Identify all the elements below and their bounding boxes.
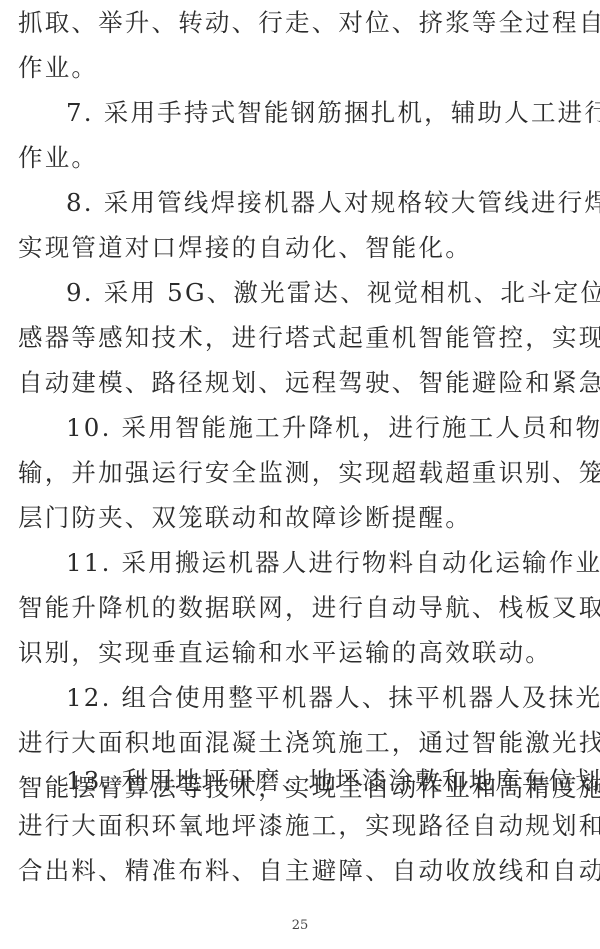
list-item-11-line: 智能升降机的数据联网，进行自动导航、栈板叉取、障碍物	[18, 585, 588, 630]
page-number: 25	[0, 916, 600, 936]
list-item-9-line: 自动建模、路径规划、远程驾驶、智能避险和紧急制动。	[18, 360, 588, 405]
list-item-10-line: 层门防夹、双笼联动和故障诊断提醒。	[18, 495, 588, 540]
list-item-7-line: 作业。	[18, 135, 588, 180]
list-item-10-line: 10. 采用智能施工升降机，进行施工人员和物料垂直运	[66, 405, 588, 450]
list-item-7-line: 7. 采用手持式智能钢筋捆扎机，辅助人工进行钢筋捆扎	[66, 90, 588, 135]
list-item-13-line: 合出料、精准布料、自主避障、自动收放线和自动吸尘。	[18, 848, 588, 893]
list-item-13-line: 进行大面积环氧地坪漆施工，实现路径自动规划和导航、混	[18, 803, 588, 848]
list-item-12-line: 12. 组合使用整平机器人、抹平机器人及抹光机器人，	[66, 675, 588, 720]
list-item-11-line: 11. 采用搬运机器人进行物料自动化运输作业，通过与	[66, 540, 588, 585]
paragraph-continuation-line: 作业。	[18, 45, 588, 90]
document-page: 抓取、举升、转动、行走、对位、挤浆等全过程自动化安装 作业。 7. 采用手持式智…	[0, 0, 600, 949]
list-item-8-line: 8. 采用管线焊接机器人对规格较大管线进行焊接施工，	[66, 180, 588, 225]
list-item-11-line: 识别，实现垂直运输和水平运输的高效联动。	[18, 630, 588, 675]
paragraph-continuation-line: 抓取、举升、转动、行走、对位、挤浆等全过程自动化安装	[18, 0, 588, 45]
list-item-9-line: 9. 采用 5G、激光雷达、视觉相机、北斗定位、接触式传	[66, 270, 588, 315]
list-item-9-line: 感器等感知技术，进行塔式起重机智能管控，实现场景感知、	[18, 315, 588, 360]
list-item-10-line: 输，并加强运行安全监测，实现超载超重识别、笼顶防撞、	[18, 450, 588, 495]
list-item-8-line: 实现管道对口焊接的自动化、智能化。	[18, 225, 588, 270]
list-item-13-line: 13. 利用地坪研磨、地坪漆涂敷和地库车位划线机器人，	[66, 758, 588, 803]
